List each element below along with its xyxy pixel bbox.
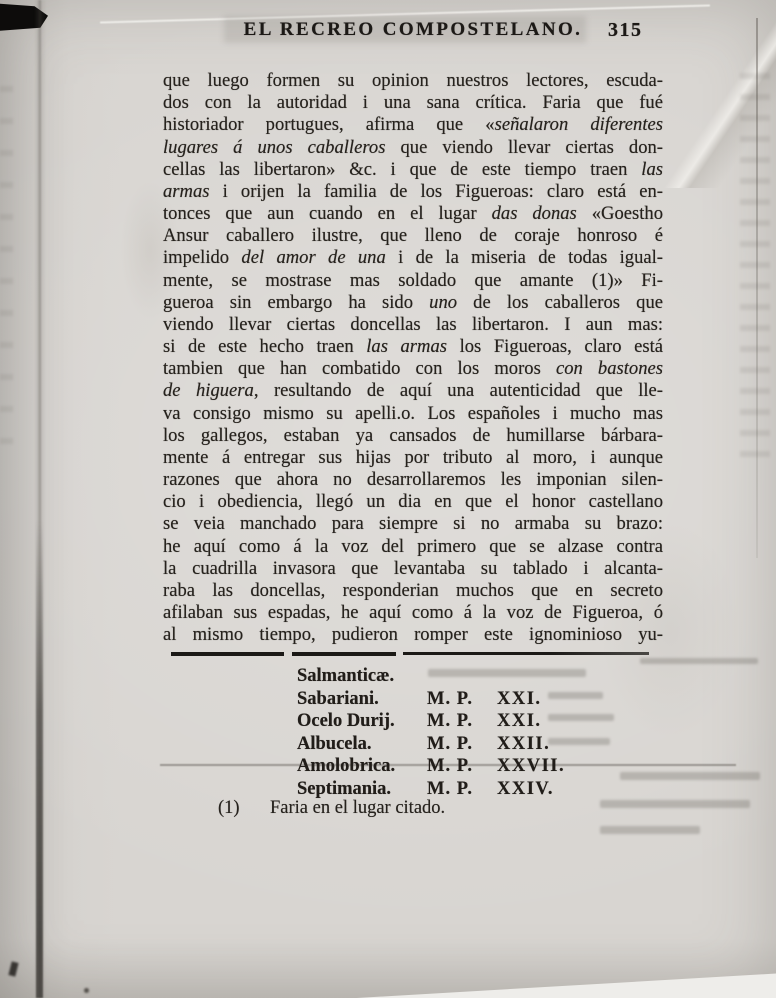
body-line: dos con la autoridad i una sana crítica.… — [163, 92, 663, 114]
scan-artifact-speck — [84, 988, 89, 993]
table-cell-dist: XXI. — [497, 710, 542, 733]
table-cell-mp: M. P. — [427, 710, 497, 733]
body-line: mente, se mostrase mas soldado que amant… — [163, 270, 663, 292]
body-line: los gallegos, estaban ya cansados de hum… — [163, 425, 663, 447]
body-line: historiador portugues, afirma que «señal… — [163, 114, 663, 136]
bleedthrough-text-artifact — [740, 58, 770, 466]
table-row: Albucela.M. P.XXII. — [297, 733, 627, 756]
table-cell-mp: M. P. — [427, 733, 497, 756]
body-line: cellas las libertaron» &c. i que de este… — [163, 159, 663, 181]
table-row: Septimania.M. P.XXIV. — [297, 778, 627, 801]
bleedthrough-text-artifact — [600, 826, 700, 834]
footnote: (1)Faria en el lugar citado. — [218, 798, 638, 819]
body-line: viendo llevar ciertas doncellas las libe… — [163, 314, 663, 336]
body-line: si de este hecho traen las armas los Fig… — [163, 336, 663, 358]
body-line: raba las doncellas, responderian muchos … — [163, 580, 663, 602]
table-cell-name: Albucela. — [297, 733, 427, 756]
body-line: afilaban sus espadas, he aquí como á la … — [163, 602, 663, 624]
body-line: la cuadrilla invasora que levantaba su t… — [163, 558, 663, 580]
bleedthrough-text-artifact — [640, 658, 758, 664]
body-line: tonces que aun cuando en el lugar das do… — [163, 203, 663, 225]
table-cell-name: Salmanticæ. — [297, 665, 427, 688]
body-line: razones que ahora no desarrollaremos les… — [163, 469, 663, 491]
distance-table: Salmanticæ.Sabariani.M. P.XXI.Ocelo Duri… — [297, 665, 627, 800]
table-cell-dist: XXI. — [497, 688, 542, 711]
body-line: tambien que han combatido con los moros … — [163, 358, 663, 380]
body-line: impelido del amor de una i de la miseria… — [163, 247, 663, 269]
body-line: mente á entregar sus hijas por tributo a… — [163, 447, 663, 469]
bleedthrough-text-artifact — [0, 60, 13, 460]
body-line: cio i obediencia, llegó un dia en que el… — [163, 491, 663, 513]
footnote-text: Faria en el lugar citado. — [270, 798, 445, 818]
running-title: EL RECREO COMPOSTELANO. — [163, 19, 663, 41]
table-cell-dist: XXVII. — [497, 755, 565, 778]
body-line: se veia manchado para siempre si no arma… — [163, 513, 663, 535]
body-line: gueroa sin embargo ha sido uno de los ca… — [163, 292, 663, 314]
body-line: lugares á unos caballeros que viendo lle… — [163, 137, 663, 159]
scanned-book-page: EL RECREO COMPOSTELANO. 315 que luego fo… — [0, 0, 776, 998]
table-cell-mp: M. P. — [427, 778, 497, 801]
table-row: Salmanticæ. — [297, 665, 627, 688]
page-number: 315 — [608, 19, 643, 42]
footnote-marker: (1) — [218, 798, 270, 819]
section-rule — [403, 652, 649, 655]
body-line: Ansur caballero ilustre, que lleno de co… — [163, 225, 663, 247]
table-cell-name: Ocelo Durij. — [297, 710, 427, 733]
body-line: he aquí como á la voz del primero que se… — [163, 536, 663, 558]
table-row: Ocelo Durij.M. P.XXI. — [297, 710, 627, 733]
table-cell-name: Sabariani. — [297, 688, 427, 711]
table-cell-dist: XXII. — [497, 733, 550, 756]
body-line: de higuera, resultando de aquí una auten… — [163, 380, 663, 402]
bleedthrough-text-artifact — [620, 772, 760, 780]
table-cell-name: Amolobrica. — [297, 755, 427, 778]
scan-artifact-spine-crease — [36, 520, 43, 998]
body-text: que luego formen su opinion nuestros lec… — [163, 70, 663, 646]
table-cell-mp: M. P. — [427, 755, 497, 778]
body-line: que luego formen su opinion nuestros lec… — [163, 70, 663, 92]
section-rule — [171, 652, 284, 656]
table-row: Amolobrica.M. P.XXVII. — [297, 755, 627, 778]
table-row: Sabariani.M. P.XXI. — [297, 688, 627, 711]
table-cell-mp: M. P. — [427, 688, 497, 711]
body-line: armas i orijen la familia de los Figuero… — [163, 181, 663, 203]
body-line: va consigo mismo su apelli.o. Los españo… — [163, 403, 663, 425]
section-rule — [292, 652, 396, 656]
table-cell-name: Septimania. — [297, 778, 427, 801]
body-line: al mismo tiempo, pudieron romper este ig… — [163, 624, 663, 646]
table-cell-dist: XXIV. — [497, 778, 554, 801]
